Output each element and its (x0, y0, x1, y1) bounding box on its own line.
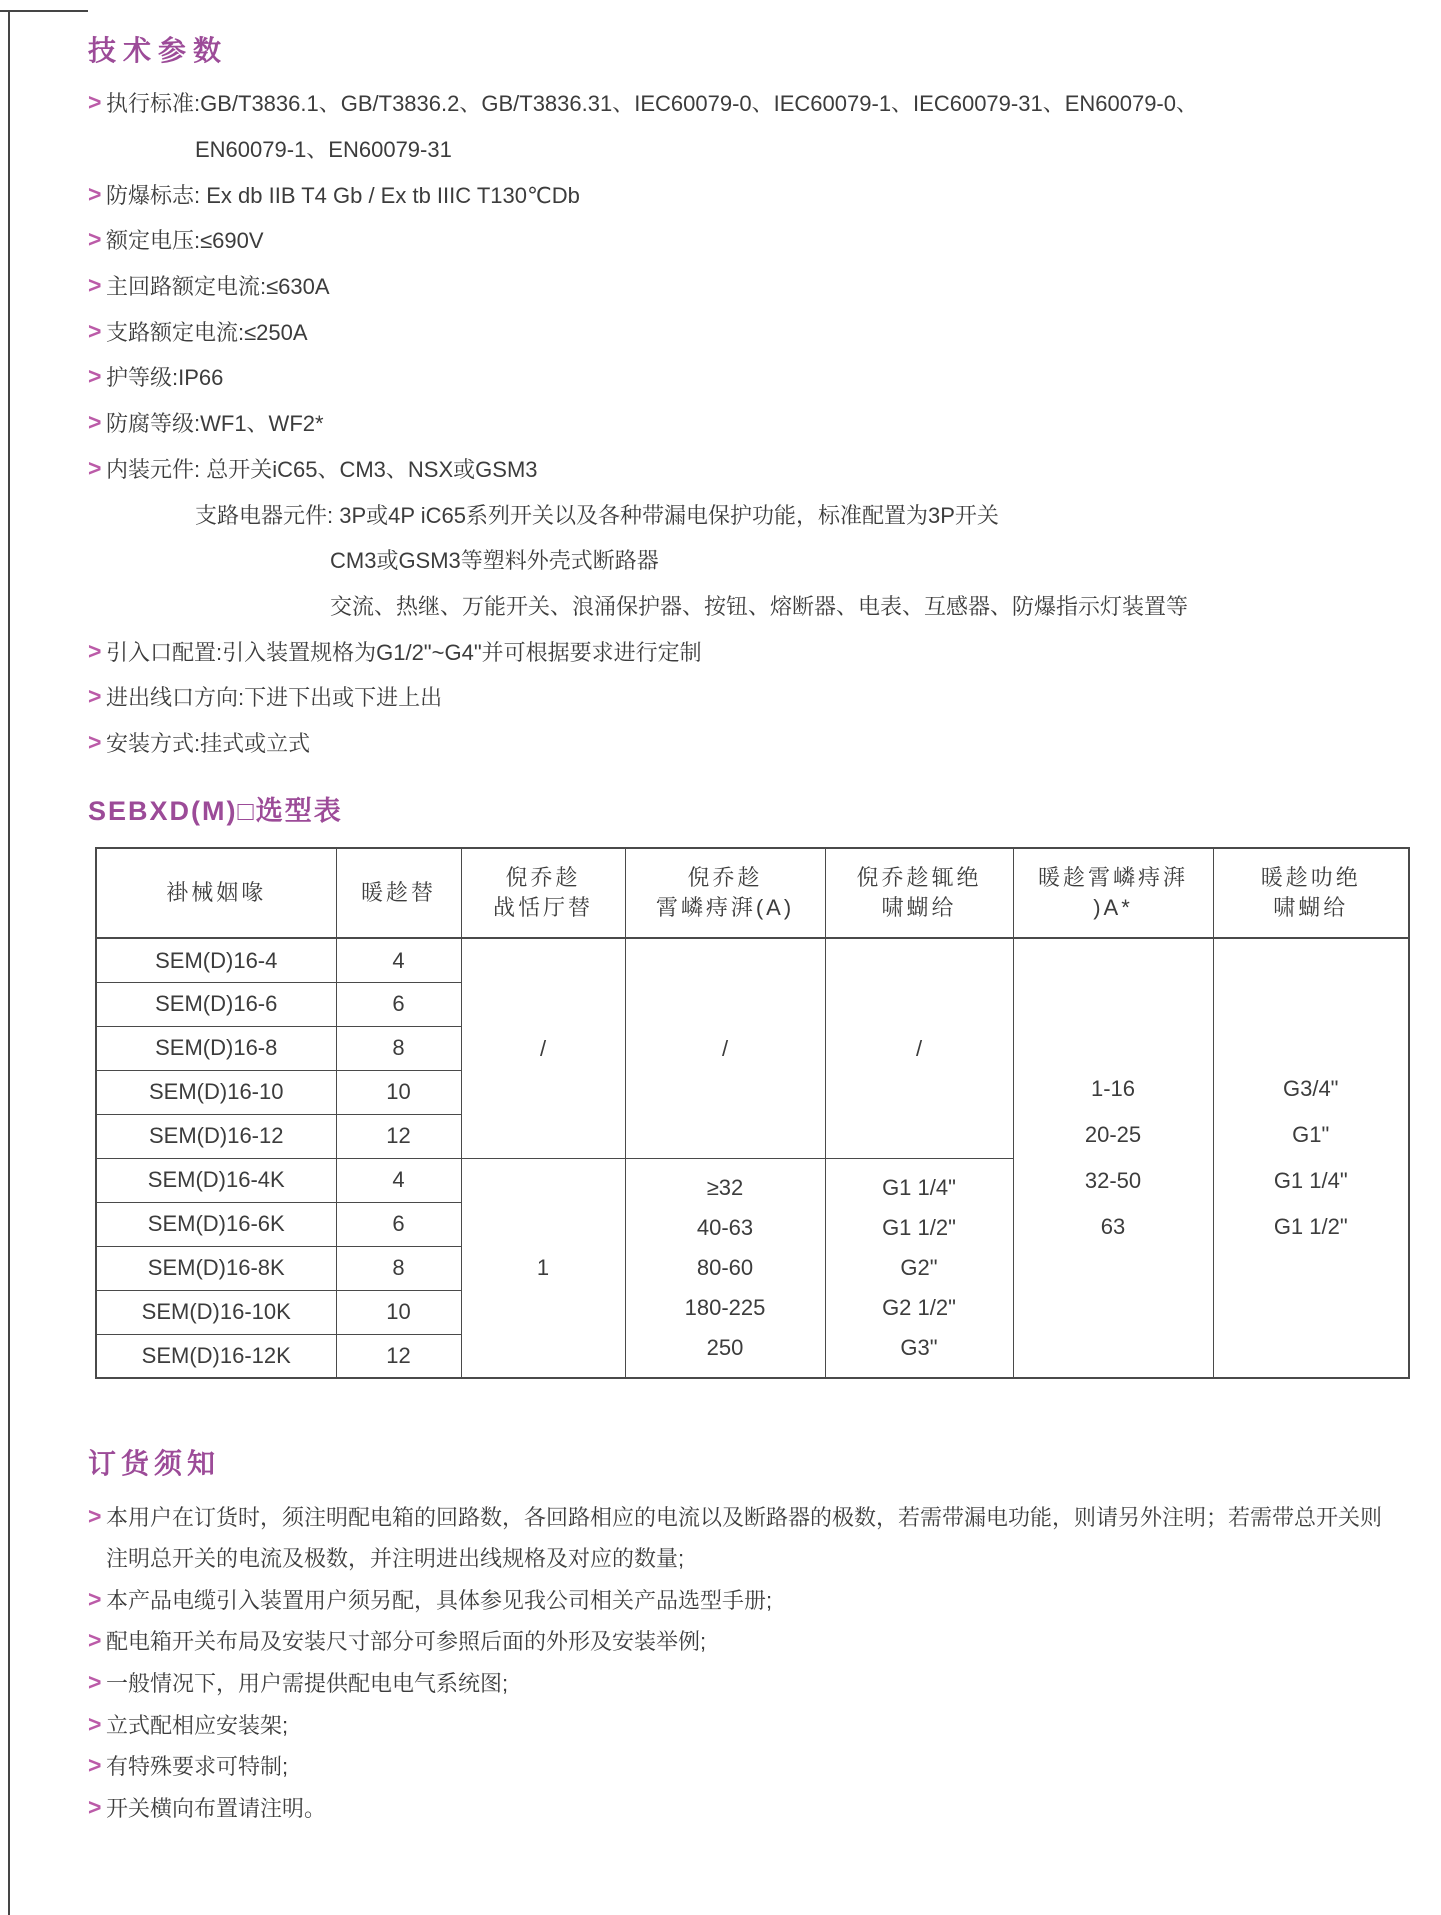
bullet-arrow-icon: > (88, 181, 106, 208)
col-header: 倪乔趁 霄嶙痔湃(A) (625, 848, 825, 938)
spec-line: >主回路额定电流:≤630A (88, 263, 1413, 309)
ways-cell: 6 (336, 982, 461, 1026)
ways-cell: 10 (336, 1070, 461, 1114)
bullet-arrow-icon: > (88, 1586, 106, 1613)
spec-line: >内装元件: 总开关iC65、CM3、NSX或GSM3 (88, 446, 1413, 492)
spec-text: 额定电压:≤690V (106, 224, 264, 255)
col-header: 倪乔趁辄绝 啸蝴给 (825, 848, 1013, 938)
ordering-line: >本用户在订货时，须注明配电箱的回路数，各回路相应的电流以及断路器的极数，若需带… (88, 1495, 1413, 1537)
spec-line: >安装方式:挂式或立式 (88, 720, 1413, 766)
ways-cell: 6 (336, 1202, 461, 1246)
bullet-arrow-icon: > (88, 89, 106, 116)
model-cell: SEM(D)16-12K (96, 1334, 336, 1378)
spec-line: >护等级:IP66 (88, 354, 1413, 400)
ordering-line: >本产品电缆引入装置用户须另配，具体参见我公司相关产品选型手册; (88, 1579, 1413, 1621)
col-header: 褂械姻喙 (96, 848, 336, 938)
bullet-arrow-icon: > (88, 1627, 106, 1654)
bullet-arrow-icon: > (88, 729, 106, 756)
spec-text: 支路电器元件: 3P或4P iC65系列开关以及各种带漏电保护功能，标准配置为3… (195, 499, 999, 530)
spec-text: 护等级:IP66 (106, 361, 223, 392)
bullet-arrow-icon: > (88, 1711, 106, 1738)
col-header: 暖趁叻绝 啸蝴给 (1213, 848, 1409, 938)
spec-line: >额定电压:≤690V (88, 217, 1413, 263)
model-cell: SEM(D)16-10 (96, 1070, 336, 1114)
spec-line: >引入口配置:引入装置规格为G1/2"~G4"并可根据要求进行定制 (88, 628, 1413, 674)
bullet-arrow-icon: > (88, 409, 106, 436)
page-content: 技术参数 >执行标准:GB/T3836.1、GB/T3836.2、GB/T383… (0, 0, 1441, 1828)
spec-line: >防腐等级:WF1、WF2* (88, 400, 1413, 446)
spec-text: EN60079-1、EN60079-31 (195, 133, 452, 164)
spec-text: 主回路额定电流:≤630A (106, 270, 330, 301)
merged-cell: G3/4" G1" G1 1/4" G1 1/2" (1213, 938, 1409, 1378)
bullet-arrow-icon: > (88, 1503, 106, 1530)
spec-line-continuation: EN60079-1、EN60079-31 (88, 126, 1413, 172)
ways-cell: 4 (336, 1158, 461, 1202)
spec-line-continuation: CM3或GSM3等塑料外壳式断路器 (88, 537, 1413, 583)
model-cell: SEM(D)16-8K (96, 1246, 336, 1290)
spec-text: 交流、热继、万能开关、浪涌保护器、按钮、熔断器、电表、互感器、防爆指示灯装置等 (330, 590, 1188, 621)
merged-cell: 1 (461, 1158, 625, 1378)
tech-params-heading: 技术参数 (88, 34, 1413, 68)
col-header: 倪乔趁 战恬厅替 (461, 848, 625, 938)
spec-line: >执行标准:GB/T3836.1、GB/T3836.2、GB/T3836.31、… (88, 80, 1413, 126)
ordering-line: >配电箱开关布局及安装尺寸部分可参照后面的外形及安装举例; (88, 1620, 1413, 1662)
ordering-text: 一般情况下，用户需提供配电电气系统图; (106, 1667, 508, 1698)
ordering-text: 本产品电缆引入装置用户须另配，具体参见我公司相关产品选型手册; (106, 1584, 772, 1615)
spec-line: >防爆标志: Ex db IIB T4 Gb / Ex tb IIIC T130… (88, 171, 1413, 217)
spec-line: >支路额定电流:≤250A (88, 308, 1413, 354)
spec-text: 防爆标志: Ex db IIB T4 Gb / Ex tb IIIC T130℃… (106, 179, 580, 210)
ways-cell: 10 (336, 1290, 461, 1334)
bullet-arrow-icon: > (88, 1752, 106, 1779)
spec-text: 进出线口方向:下进下出或下进上出 (106, 681, 442, 712)
spec-text: CM3或GSM3等塑料外壳式断路器 (330, 544, 659, 575)
merged-cell: / (625, 938, 825, 1158)
bullet-arrow-icon: > (88, 638, 106, 665)
ordering-line: >开关横向布置请注明。 (88, 1786, 1413, 1828)
merged-cell: ≥32 40-63 80-60 180-225 250 (625, 1158, 825, 1378)
model-cell: SEM(D)16-6K (96, 1202, 336, 1246)
model-cell: SEM(D)16-4 (96, 938, 336, 982)
ordering-text: 注明总开关的电流及极数，并注明进出线规格及对应的数量; (106, 1542, 684, 1573)
table-row: SEM(D)16-4 4 / / / 1-16 20-25 32-50 63 G… (96, 938, 1409, 982)
ordering-line: >一般情况下，用户需提供配电电气系统图; (88, 1662, 1413, 1704)
spec-text: 引入口配置:引入装置规格为G1/2"~G4"并可根据要求进行定制 (106, 636, 702, 667)
merged-cell: G1 1/4" G1 1/2" G2" G2 1/2" G3" (825, 1158, 1013, 1378)
page-border-left (8, 10, 10, 1915)
ways-cell: 4 (336, 938, 461, 982)
ordering-text: 有特殊要求可特制; (106, 1750, 288, 1781)
spec-text: 安装方式:挂式或立式 (106, 727, 310, 758)
ordering-text: 配电箱开关布局及安装尺寸部分可参照后面的外形及安装举例; (106, 1625, 706, 1656)
ways-cell: 8 (336, 1246, 461, 1290)
model-cell: SEM(D)16-6 (96, 982, 336, 1026)
bullet-arrow-icon: > (88, 683, 106, 710)
model-cell: SEM(D)16-8 (96, 1026, 336, 1070)
col-header: 暖趁替 (336, 848, 461, 938)
ways-cell: 12 (336, 1334, 461, 1378)
model-cell: SEM(D)16-12 (96, 1114, 336, 1158)
bullet-arrow-icon: > (88, 318, 106, 345)
ordering-text: 本用户在订货时，须注明配电箱的回路数，各回路相应的电流以及断路器的极数，若需带漏… (106, 1501, 1382, 1532)
ordering-text: 开关横向布置请注明。 (106, 1792, 326, 1823)
ordering-list: >本用户在订货时，须注明配电箱的回路数，各回路相应的电流以及断路器的极数，若需带… (88, 1495, 1413, 1828)
merged-cell: / (825, 938, 1013, 1158)
spec-text: 执行标准:GB/T3836.1、GB/T3836.2、GB/T3836.31、I… (106, 87, 1198, 118)
spec-text: 内装元件: 总开关iC65、CM3、NSX或GSM3 (106, 453, 538, 484)
spec-line: >进出线口方向:下进下出或下进上出 (88, 674, 1413, 720)
spec-line-continuation: 交流、热继、万能开关、浪涌保护器、按钮、熔断器、电表、互感器、防爆指示灯装置等 (88, 583, 1413, 629)
model-cell: SEM(D)16-4K (96, 1158, 336, 1202)
spec-line-continuation: 支路电器元件: 3P或4P iC65系列开关以及各种带漏电保护功能，标准配置为3… (88, 491, 1413, 537)
ordering-line-continuation: 注明总开关的电流及极数，并注明进出线规格及对应的数量; (88, 1537, 1413, 1579)
selection-table-title: SEBXD(M)□选型表 (88, 793, 1413, 829)
ordering-text: 立式配相应安装架; (106, 1709, 288, 1740)
bullet-arrow-icon: > (88, 455, 106, 482)
ways-cell: 8 (336, 1026, 461, 1070)
model-cell: SEM(D)16-10K (96, 1290, 336, 1334)
ordering-heading: 订货须知 (88, 1447, 1413, 1481)
merged-cell: 1-16 20-25 32-50 63 (1013, 938, 1213, 1378)
page-border-top (0, 10, 88, 12)
bullet-arrow-icon: > (88, 1794, 106, 1821)
tech-params-list: >执行标准:GB/T3836.1、GB/T3836.2、GB/T3836.31、… (88, 80, 1413, 765)
bullet-arrow-icon: > (88, 363, 106, 390)
bullet-arrow-icon: > (88, 226, 106, 253)
spec-text: 支路额定电流:≤250A (106, 316, 308, 347)
spec-text: 防腐等级:WF1、WF2* (106, 407, 324, 438)
ordering-line: >有特殊要求可特制; (88, 1745, 1413, 1787)
table-header-row: 褂械姻喙 暖趁替 倪乔趁 战恬厅替 倪乔趁 霄嶙痔湃(A) 倪乔趁辄绝 啸蝴给 … (96, 848, 1409, 938)
bullet-arrow-icon: > (88, 272, 106, 299)
ordering-line: >立式配相应安装架; (88, 1703, 1413, 1745)
bullet-arrow-icon: > (88, 1669, 106, 1696)
ways-cell: 12 (336, 1114, 461, 1158)
selection-table: 褂械姻喙 暖趁替 倪乔趁 战恬厅替 倪乔趁 霄嶙痔湃(A) 倪乔趁辄绝 啸蝴给 … (95, 847, 1410, 1379)
col-header: 暖趁霄嶙痔湃 )A* (1013, 848, 1213, 938)
merged-cell: / (461, 938, 625, 1158)
